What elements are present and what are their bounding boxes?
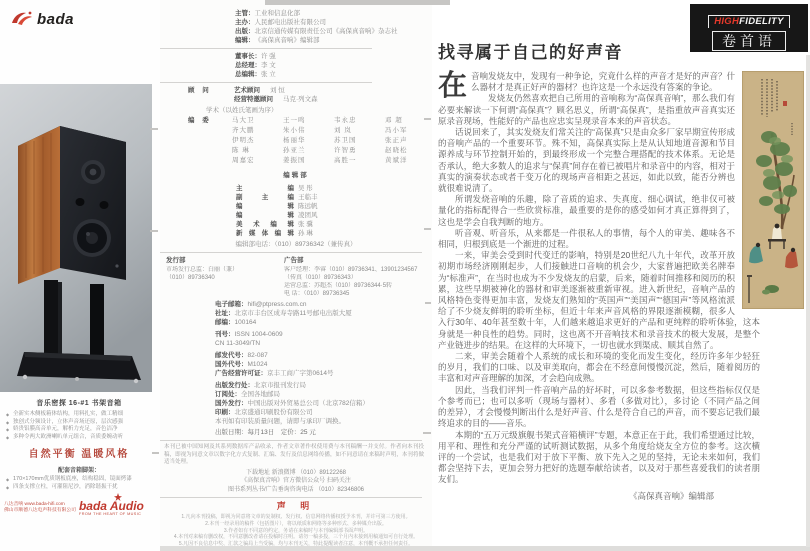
dept-person-name: 孙 琳 (298, 229, 313, 238)
publish-label: 订阅处： (215, 390, 241, 399)
bada-logo-icon (10, 10, 34, 28)
code-label: 广告经营许可证： (215, 369, 267, 378)
advisors-group-label: 顾 问 (188, 86, 234, 104)
masthead-value: 李 文 (261, 61, 276, 70)
drop-cap: 在 (438, 72, 467, 100)
binding-mark (423, 432, 431, 434)
advertising-title: 广告部 (284, 256, 424, 265)
article-paragraph: 发烧友仍然喜欢把自己所用的音响称为“高保真音响”，那么我们有必要来解读一下何谓“… (438, 93, 760, 127)
notice-line: 图书系列丛书/广告垂询咨询电话 （010）82346806 (160, 486, 432, 495)
publish-value: 中国出版对外贸易总公司（北京782信箱） (248, 399, 369, 408)
masthead-value: 工业和信息化部 (255, 9, 301, 18)
advisor-row: 经营特邀顾问 马克·列文森 (234, 95, 318, 104)
ad-feature-item: 全新实木侧板箱体结构，用料扎实，做工精细 (6, 411, 152, 419)
code-label: 邮发代号： (215, 351, 248, 360)
lead-text: 音响发烧友中，发现有一种争论，究竟什么样的声音才是好的声音？什么器材才是真正好声… (471, 71, 735, 92)
contact-row: 邮编： 100164 (215, 318, 432, 327)
ad-footer-company: 佛山市顺德八达电声科技有限公司 (4, 508, 76, 515)
magazine-spread: bada (0, 0, 810, 551)
management-block: 董事长： 许 强 总经理： 李 文 总编辑： 张 立 (160, 52, 432, 79)
dept-row: 主编 吴 彤 (236, 184, 356, 193)
article-paragraph: 因此，当我们评判一件音响产品的好坏时，可以多参考数据，但这些指标仅仅是个参考而已… (438, 385, 760, 430)
distribution-lines: 市场发行总监：白丽（兼）（010）89736340 (166, 266, 284, 282)
publish-row: 本刊如有印装质量问题，请即与承印厂调换。 (215, 417, 432, 426)
ad-stand-feature-list: 170×170mm优质钢板底座，结构稳固，镜面烤漆四条支撑立柱，可灌阻尼沙，消除… (6, 476, 152, 491)
distribution-column: 发行部 市场发行总监：白丽（兼）（010）89736340 (166, 256, 284, 298)
publish-value: 北京市报刊发行局 (254, 381, 306, 390)
advisors-rows: 艺术顾问 刘 恒 经营特邀顾问 马克·列文森 (234, 86, 318, 104)
codes-block: 邮发代号： 82-087 国外代号： M1024 广告经营许可证： 京丰工商广字… (160, 351, 432, 378)
contact-row: 社址： 北京市丰台区成寿寺路11号邮电出版大厦 (215, 309, 432, 318)
price-line: 出版日期：每月13日 定价：25 元 (160, 428, 432, 437)
ad-footer-contact: 八达音响 www.bada-hifi.com 佛山市顺德八达电声科技有限公司 (4, 502, 76, 515)
divider (160, 82, 372, 83)
advisors-block: 顾 问 艺术顾问 刘 恒 经营特邀顾问 马克·列文森 (160, 86, 432, 104)
dept-row: 副主编 王临丰 (236, 193, 356, 202)
article-paragraphs: 发烧友仍然喜欢把自己所用的音响称为“高保真音响”，那么我们有必要来解读一下何谓“… (438, 93, 760, 485)
committee-name-grid: 马大卫王一鸣韦永忠邓 超齐大鹏朱小伟刘 岚冯小军伊明杰杨丽华苏卫国张正声陈 琳孙… (232, 116, 432, 165)
committee-member-name: 高胜一 (334, 156, 381, 165)
ad-product-title: 音乐密探 16-#1 书架音箱 (6, 398, 152, 408)
dept-role-label: 副主编 (236, 193, 294, 202)
highfidelity-label: HIGHFIDELITY (708, 15, 790, 28)
ad-feature-item: 独创式分频设计，立体声音场还原，层次感强 (6, 419, 152, 427)
masthead-label: 编辑： (235, 36, 255, 45)
committee-member-name: 张正声 (385, 136, 432, 145)
advertising-line: （传真（010）89736343） (284, 274, 424, 282)
editorial-dept-title: 编辑部 (160, 171, 432, 180)
fold-mark (152, 452, 159, 454)
code-row: 广告经营许可证： 京丰工商广字第0614号 (215, 369, 432, 378)
masthead-value: 《高保真音响》编辑部 (255, 36, 320, 45)
masthead-row: 主办： 人民邮电出版社有限公司 (235, 18, 432, 27)
binding-mark (425, 302, 431, 304)
divider (160, 48, 372, 49)
dept-role-label: 编辑 (236, 211, 294, 220)
committee-label: 编 委 (188, 116, 232, 165)
divider (160, 440, 422, 441)
publish-row: 印刷： 北京盛通印刷股份有限公司 (215, 408, 432, 417)
masthead-row: 编辑： 《高保真音响》编辑部 (235, 36, 432, 45)
publish-label: 国外发行： (215, 399, 248, 408)
contact-row: 电子邮箱： hifi@ptpress.com.cn (215, 300, 432, 309)
committee-member-name: 赵晓松 (385, 146, 432, 155)
committee-member-name: 许智勇 (334, 146, 381, 155)
dept-row: 新媒体编辑 孙 琳 (236, 229, 356, 238)
notice-lines: 下载地址 新浪微博 （010）89122268《高保真音响》官方微信公众号 扫码… (160, 469, 432, 495)
divider (160, 497, 422, 498)
committee-member-name: 杨丽华 (283, 136, 330, 145)
issue-row: 刊号： ISSN 1004-0609 (215, 330, 432, 339)
ad-stand-feature-item: 170×170mm优质钢板底座，结构稳固，镜面烤漆 (6, 476, 152, 484)
contact-value: 北京市丰台区成寿寺路11号邮电出版大厦 (235, 309, 352, 318)
ad-footer: 八达音响 www.bada-hifi.com 佛山市顺德八达电声科技有限公司 b… (4, 500, 156, 516)
publish-row: 出版发行处： 北京市报刊发行局 (215, 381, 432, 390)
masthead-label: 董事长： (235, 52, 261, 61)
code-value: 京丰工商广字第0614号 (267, 369, 333, 378)
masthead-value: 北京信通传媒有限责任公司《高保真音响》杂志社 (255, 27, 398, 36)
masthead-row: 出版： 北京信通传媒有限责任公司《高保真音响》杂志社 (235, 27, 432, 36)
committee-member-name: 伊明杰 (232, 136, 279, 145)
bada-audio-logo: bada Audio FROM THE HEART OF MUSIC (79, 500, 144, 516)
masthead-value: 许 强 (261, 52, 276, 61)
bada-logo: bada (10, 10, 74, 28)
masthead-value: 人民邮电出版社有限公司 (255, 18, 327, 27)
ad-feature-list: 全新实木侧板箱体结构，用料扎实，做工精细独创式分频设计，立体声音场还原，层次感强… (6, 411, 152, 441)
committee-member-name: 韦永忠 (334, 116, 381, 125)
committee-member-name: 刘 岚 (334, 126, 381, 135)
masthead-row: 总编辑： 张 立 (235, 70, 432, 79)
bada-star-icon (113, 493, 123, 501)
committee-member-name: 朱小伟 (283, 126, 330, 135)
lead-paragraph: 在音响发烧友中，发现有一种争论，究竟什么样的声音才是好的声音？什么器材才是真正好… (438, 71, 760, 93)
ad-stand-feature-item: 四条支撑立柱，可灌阻尼沙，消除谐振干扰 (6, 484, 152, 492)
masthead-label: 总经理： (235, 61, 261, 70)
publish-block: 出版发行处： 北京市报刊发行局 订阅处： 全国各地邮局 国外发行： 中国出版对外… (160, 381, 432, 426)
bada-brand-text: bada (37, 11, 74, 28)
advertising-line: 客户经理：李睿（010）89736341、13901234567 (284, 266, 424, 274)
dept-role-label: 美术编辑 (236, 220, 294, 229)
committee-member-name: 周嘉宏 (232, 156, 279, 165)
distribution-line: 市场发行总监：白丽（兼） (166, 266, 284, 274)
publish-label: 出版发行处： (215, 381, 254, 390)
contact-value: 100164 (235, 318, 257, 327)
committee-member-name: 苏卫国 (334, 136, 381, 145)
contact-label: 电子邮箱： (215, 300, 248, 309)
notice-line: 下载地址 新浪微博 （010）89122268 (160, 469, 432, 478)
badge-fidelity-text: FIDELITY (739, 16, 784, 27)
ink-painting-image (742, 71, 804, 309)
badge-high-text: HIGH (714, 16, 739, 27)
committee-member-name: 马大卫 (232, 116, 279, 125)
contact-label: 邮编： (215, 318, 235, 327)
advertising-lines: 客户经理：李睿（010）89736341、13901234567（传真（010）… (284, 266, 424, 298)
ad-feature-item: 娇贵铝膜高音单元，解析力充足，音色洁净 (6, 426, 152, 434)
masthead-panel: 主管： 工业和信息化部 主办： 人民邮电出版社有限公司 出版： 北京信通传媒有限… (160, 0, 432, 551)
issue-block: 刊号： ISSN 1004-0609 CN 11-3049/TN (160, 330, 432, 348)
dept-row: 美术编辑 张 骥 (236, 220, 356, 229)
fold-mark (150, 230, 158, 232)
dept-role-label: 编辑 (236, 202, 294, 211)
advertising-line: 运营总监：苏超杰（010）89736344·5转 (284, 282, 424, 290)
notice-line: 《高保真音响》官方微信公众号 扫码关注 (160, 477, 432, 486)
advertising-line: 电 话：（010）89736345 (284, 290, 424, 298)
scan-bottom-strip (160, 546, 810, 551)
code-value: M1024 (248, 360, 268, 369)
editorial-dept-rows: 主编 吴 彤 副主编 王临丰 编辑 陈远帆 编辑 凌团风 美术编辑 张 骥 新媒… (236, 184, 356, 238)
contact-columns: 发行部 市场发行总监：白丽（兼）（010）89736340 广告部 客户经理：李… (160, 256, 432, 298)
advisor-label: 艺术顾问 (234, 86, 260, 95)
ad-copy-block: 音乐密探 16-#1 书架音箱 全新实木侧板箱体结构，用料扎实，做工精细独创式分… (6, 398, 152, 494)
masthead-value: 张 立 (261, 70, 276, 79)
copyright-notice: 本刊已被中国知网及其系列数据库产品收录，作者文章著作权使用费与本刊稿酬一并支付。… (160, 444, 432, 467)
declaration-line: 2.本刊一经录用的稿件（包括图片），将以纸质和网络等多种形式、多种媒介出版。 (160, 521, 432, 528)
issue-label: 刊号： (215, 330, 235, 339)
publish-value: 全国各地邮局 (241, 390, 280, 399)
issue-value: ISSN 1004-0609 (235, 330, 283, 339)
masthead-label: 主管： (235, 9, 255, 18)
article-paragraph: 所谓发烧音响的乐趣，除了音质的追求、失真度、细心调试，绝非仅可被量化的指标配得合… (438, 194, 760, 228)
dept-role-label: 新媒体编辑 (236, 229, 294, 238)
left-ad-panel: bada (0, 0, 160, 551)
binding-mark (424, 118, 431, 120)
editorial-phone: 编辑部电话：（010）89736342（兼传真） (160, 240, 432, 249)
masthead-row: 主管： 工业和信息化部 (235, 9, 432, 18)
article-paragraph: 听音观、听音乐，从来都是一件很私人的事情，每个人的审美、趣味各不相同，归根到底是… (438, 228, 760, 250)
dept-role-label: 主编 (236, 184, 294, 193)
contact-label: 社址： (215, 309, 235, 318)
code-value: 82-087 (248, 351, 268, 360)
publish-value: 本刊如有印装质量问题，请即与承印厂调换。 (215, 417, 345, 426)
committee-member-name: 王一鸣 (283, 116, 330, 125)
declaration-line: 1.凡向本刊投稿，即视为同意将文章的复制权、发行权、信息网络传播权授予本刊，并许… (160, 514, 432, 521)
publish-row: 国外发行： 中国出版对外贸易总公司（北京782信箱） (215, 399, 432, 408)
distribution-title: 发行部 (166, 256, 284, 265)
article-paragraph: 二来，审美会随着个人系统的成长和环境的变化而发生变化，经历许多年少轻狂的岁月，我… (438, 351, 760, 385)
distribution-line: （010）89736340 (166, 274, 284, 282)
code-label: 国外代号： (215, 360, 248, 369)
dept-row: 编辑 陈远帆 (236, 202, 356, 211)
declaration-title: 声 明 (160, 502, 432, 511)
page-edge-strip (806, 55, 810, 547)
committee-member-name: 孙亚兰 (283, 146, 330, 155)
contact-value: hifi@ptpress.com.cn (248, 300, 307, 309)
masthead-label: 主办： (235, 18, 255, 27)
hifi-badge: HIGHFIDELITY 卷首语 (690, 4, 808, 52)
dept-row: 编辑 凌团风 (236, 211, 356, 220)
article-body: 在音响发烧友中，发现有一种争论，究竟什么样的声音才是好的声音？什么器材才是真正好… (432, 69, 810, 502)
article-paragraph: 本期的“五万元级旗舰书架式音箱横评”专题，本意正在于此，我们希望通过比较，用平和… (438, 430, 760, 486)
dept-person-name: 王临丰 (298, 193, 318, 202)
advertising-column: 广告部 客户经理：李睿（010）89736341、13901234567（传真（… (284, 256, 424, 298)
bada-audio-text: bada Audio (79, 500, 144, 512)
committee-note: 学术（以姓氏笔画为序） (160, 106, 432, 115)
advisor-row: 艺术顾问 刘 恒 (234, 86, 318, 95)
publish-value: 北京盛通印刷股份有限公司 (235, 408, 313, 417)
code-row: 邮发代号： 82-087 (215, 351, 432, 360)
article-paragraph: 话说回来了，其实发烧友们常关注的“高保真”只是由众多厂家早期宣传形成的音响产品的… (438, 127, 760, 194)
foreword-badge-label: 卷首语 (712, 31, 786, 51)
fold-mark (150, 128, 158, 130)
issue-row: CN 11-3049/TN (215, 339, 432, 348)
article-paragraph: 一来，审美会受到时代变迁的影响，特别是20世纪八九十年代，改革开放初期市场经济刚… (438, 250, 760, 351)
issue-value: CN 11-3049/TN (215, 339, 260, 348)
ad-feature-item: 多种令两大欧洲喇叭单元组合，音质委婉动听 (6, 434, 152, 442)
advisor-name: 刘 恒 (260, 86, 285, 95)
masthead-row: 总经理： 李 文 (235, 61, 432, 70)
code-row: 国外代号： M1024 (215, 360, 432, 369)
publish-row: 订阅处： 全国各地邮局 (215, 390, 432, 399)
dept-person-name: 吴 彤 (298, 184, 313, 193)
dept-person-name: 凌团风 (298, 211, 318, 220)
dept-person-name: 陈远帆 (298, 202, 318, 211)
committee-member-name: 冯小军 (385, 126, 432, 135)
scan-top-strip (265, 0, 450, 5)
committee-block: 编 委 马大卫王一鸣韦永忠邓 超齐大鹏朱小伟刘 岚冯小军伊明杰杨丽华苏卫国张正声… (160, 116, 432, 165)
article-signature: 《高保真音响》编辑部 (438, 491, 760, 502)
committee-member-name: 齐大鹏 (232, 126, 279, 135)
divider (160, 252, 422, 253)
contact-block: 电子邮箱： hifi@ptpress.com.cn 社址： 北京市丰台区成寿寺路… (160, 300, 432, 327)
committee-member-name: 陈 琳 (232, 146, 279, 155)
binding-mark (424, 228, 431, 230)
editorial-page: HIGHFIDELITY 卷首语 找寻属于自己的好声音 (432, 0, 810, 551)
committee-member-name: 黄斌洋 (385, 156, 432, 165)
masthead-label: 出版： (235, 27, 255, 36)
bada-audio-tagline: FROM THE HEART OF MUSIC (79, 512, 144, 516)
publisher-block: 主管： 工业和信息化部 主办： 人民邮电出版社有限公司 出版： 北京信通传媒有限… (160, 9, 432, 45)
ad-slogan: 自然平衡 温暖风格 (6, 445, 152, 460)
masthead-row: 董事长： 许 强 (235, 52, 432, 61)
advisor-label: 经营特邀顾问 (234, 95, 273, 104)
advisor-name: 马克·列文森 (273, 95, 318, 104)
committee-member-name: 姜振国 (283, 156, 330, 165)
declaration-lines: 1.凡向本刊投稿，即视为同意将文章的复制权、发行权、信息网络传播权授予本刊，并许… (160, 514, 432, 548)
masthead-label: 总编辑： (235, 70, 261, 79)
publish-label: 印刷： (215, 408, 235, 417)
ad-stand-title: 配套音箱脚架： (6, 465, 152, 474)
dept-person-name: 张 骥 (298, 220, 313, 229)
speaker-photo (0, 84, 152, 392)
